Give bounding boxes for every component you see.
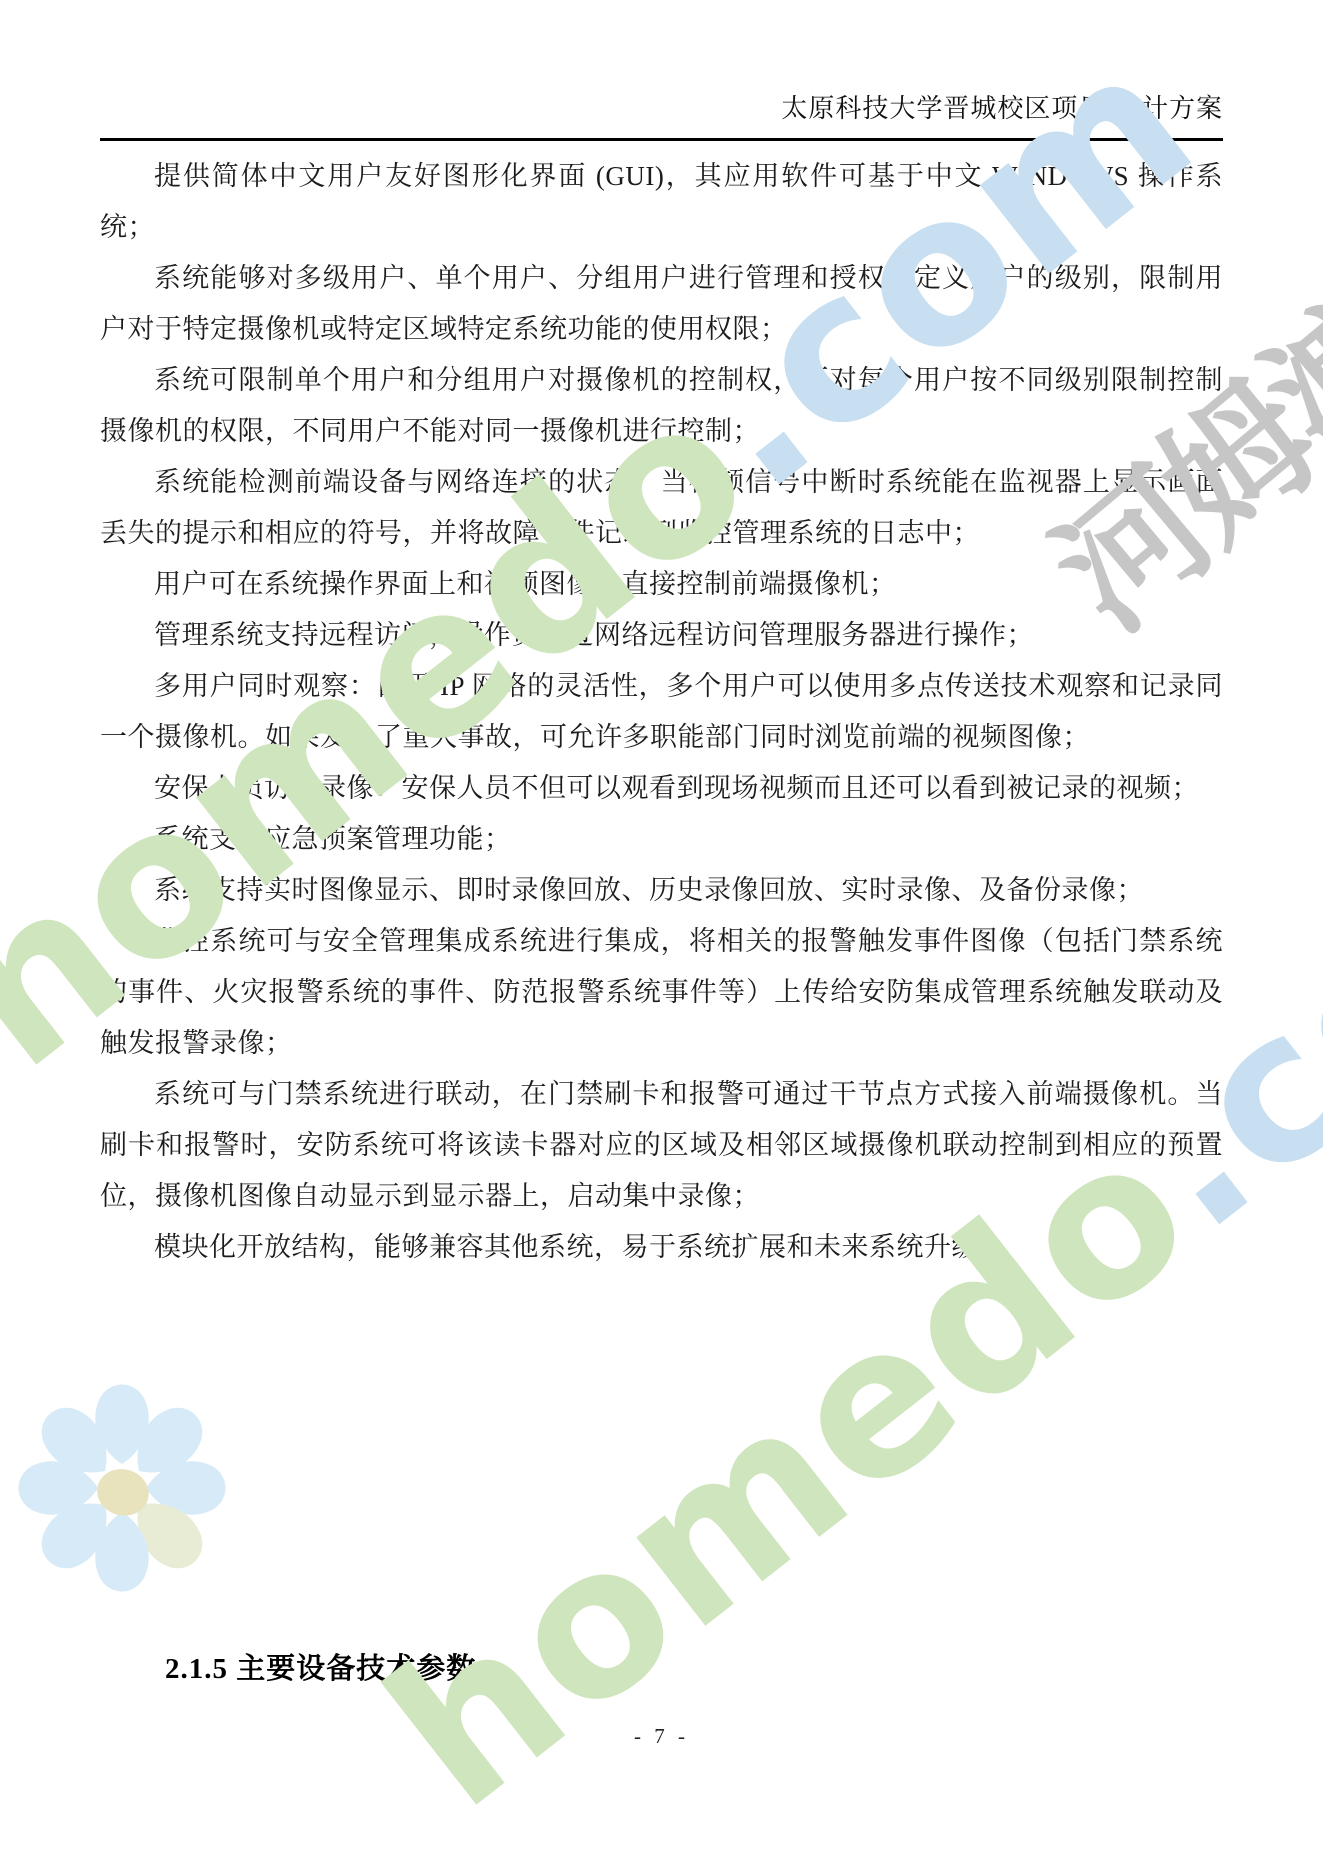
paragraph: 模块化开放结构，能够兼容其他系统，易于系统扩展和未来系统升级。 (100, 1222, 1223, 1273)
paragraph: 多用户同时观察：由于 IP 网络的灵活性，多个用户可以使用多点传送技术观察和记录… (100, 661, 1223, 763)
paragraph: 系统可限制单个用户和分组用户对摄像机的控制权，可对每个用户按不同级别限制控制摄像… (100, 355, 1223, 457)
paragraph: 系统支持应急预案管理功能； (100, 814, 1223, 865)
paragraph: 提供简体中文用户友好图形化界面 (GUI)，其应用软件可基于中文 WINDOWS… (100, 151, 1223, 253)
paragraph: 系统能够对多级用户、单个用户、分组用户进行管理和授权，定义用户的级别，限制用户对… (100, 253, 1223, 355)
paragraph: 监控系统可与安全管理集成系统进行集成，将相关的报警触发事件图像（包括门禁系统的事… (100, 916, 1223, 1069)
paragraph: 安保人员访问录像：安保人员不但可以观看到现场视频而且还可以看到被记录的视频； (100, 763, 1223, 814)
page-number: - 7 - (0, 1722, 1323, 1750)
document-content: 太原科技大学晋城校区项目-设计方案 提供简体中文用户友好图形化界面 (GUI)，… (0, 0, 1323, 1871)
document-body: 提供简体中文用户友好图形化界面 (GUI)，其应用软件可基于中文 WINDOWS… (100, 151, 1223, 1273)
document-title: 太原科技大学晋城校区项目-设计方案 (100, 92, 1223, 126)
paragraph: 系统支持实时图像显示、即时录像回放、历史录像回放、实时录像、及备份录像； (100, 865, 1223, 916)
paragraph: 用户可在系统操作界面上和视频图像上直接控制前端摄像机； (100, 559, 1223, 610)
document-page: homedo.com homedo.com 河姆渡 太原科技大学晋城校区项目-设… (0, 0, 1323, 1871)
page-header: 太原科技大学晋城校区项目-设计方案 (100, 0, 1223, 141)
paragraph: 系统可与门禁系统进行联动，在门禁刷卡和报警可通过干节点方式接入前端摄像机。当刷卡… (100, 1069, 1223, 1222)
section-heading: 2.1.5 主要设备技术参数 (165, 1650, 476, 1688)
paragraph: 系统能检测前端设备与网络连接的状态，当视频信号中断时系统能在监视器上显示画面丢失… (100, 457, 1223, 559)
paragraph: 管理系统支持远程访问，操作员通过网络远程访问管理服务器进行操作； (100, 610, 1223, 661)
